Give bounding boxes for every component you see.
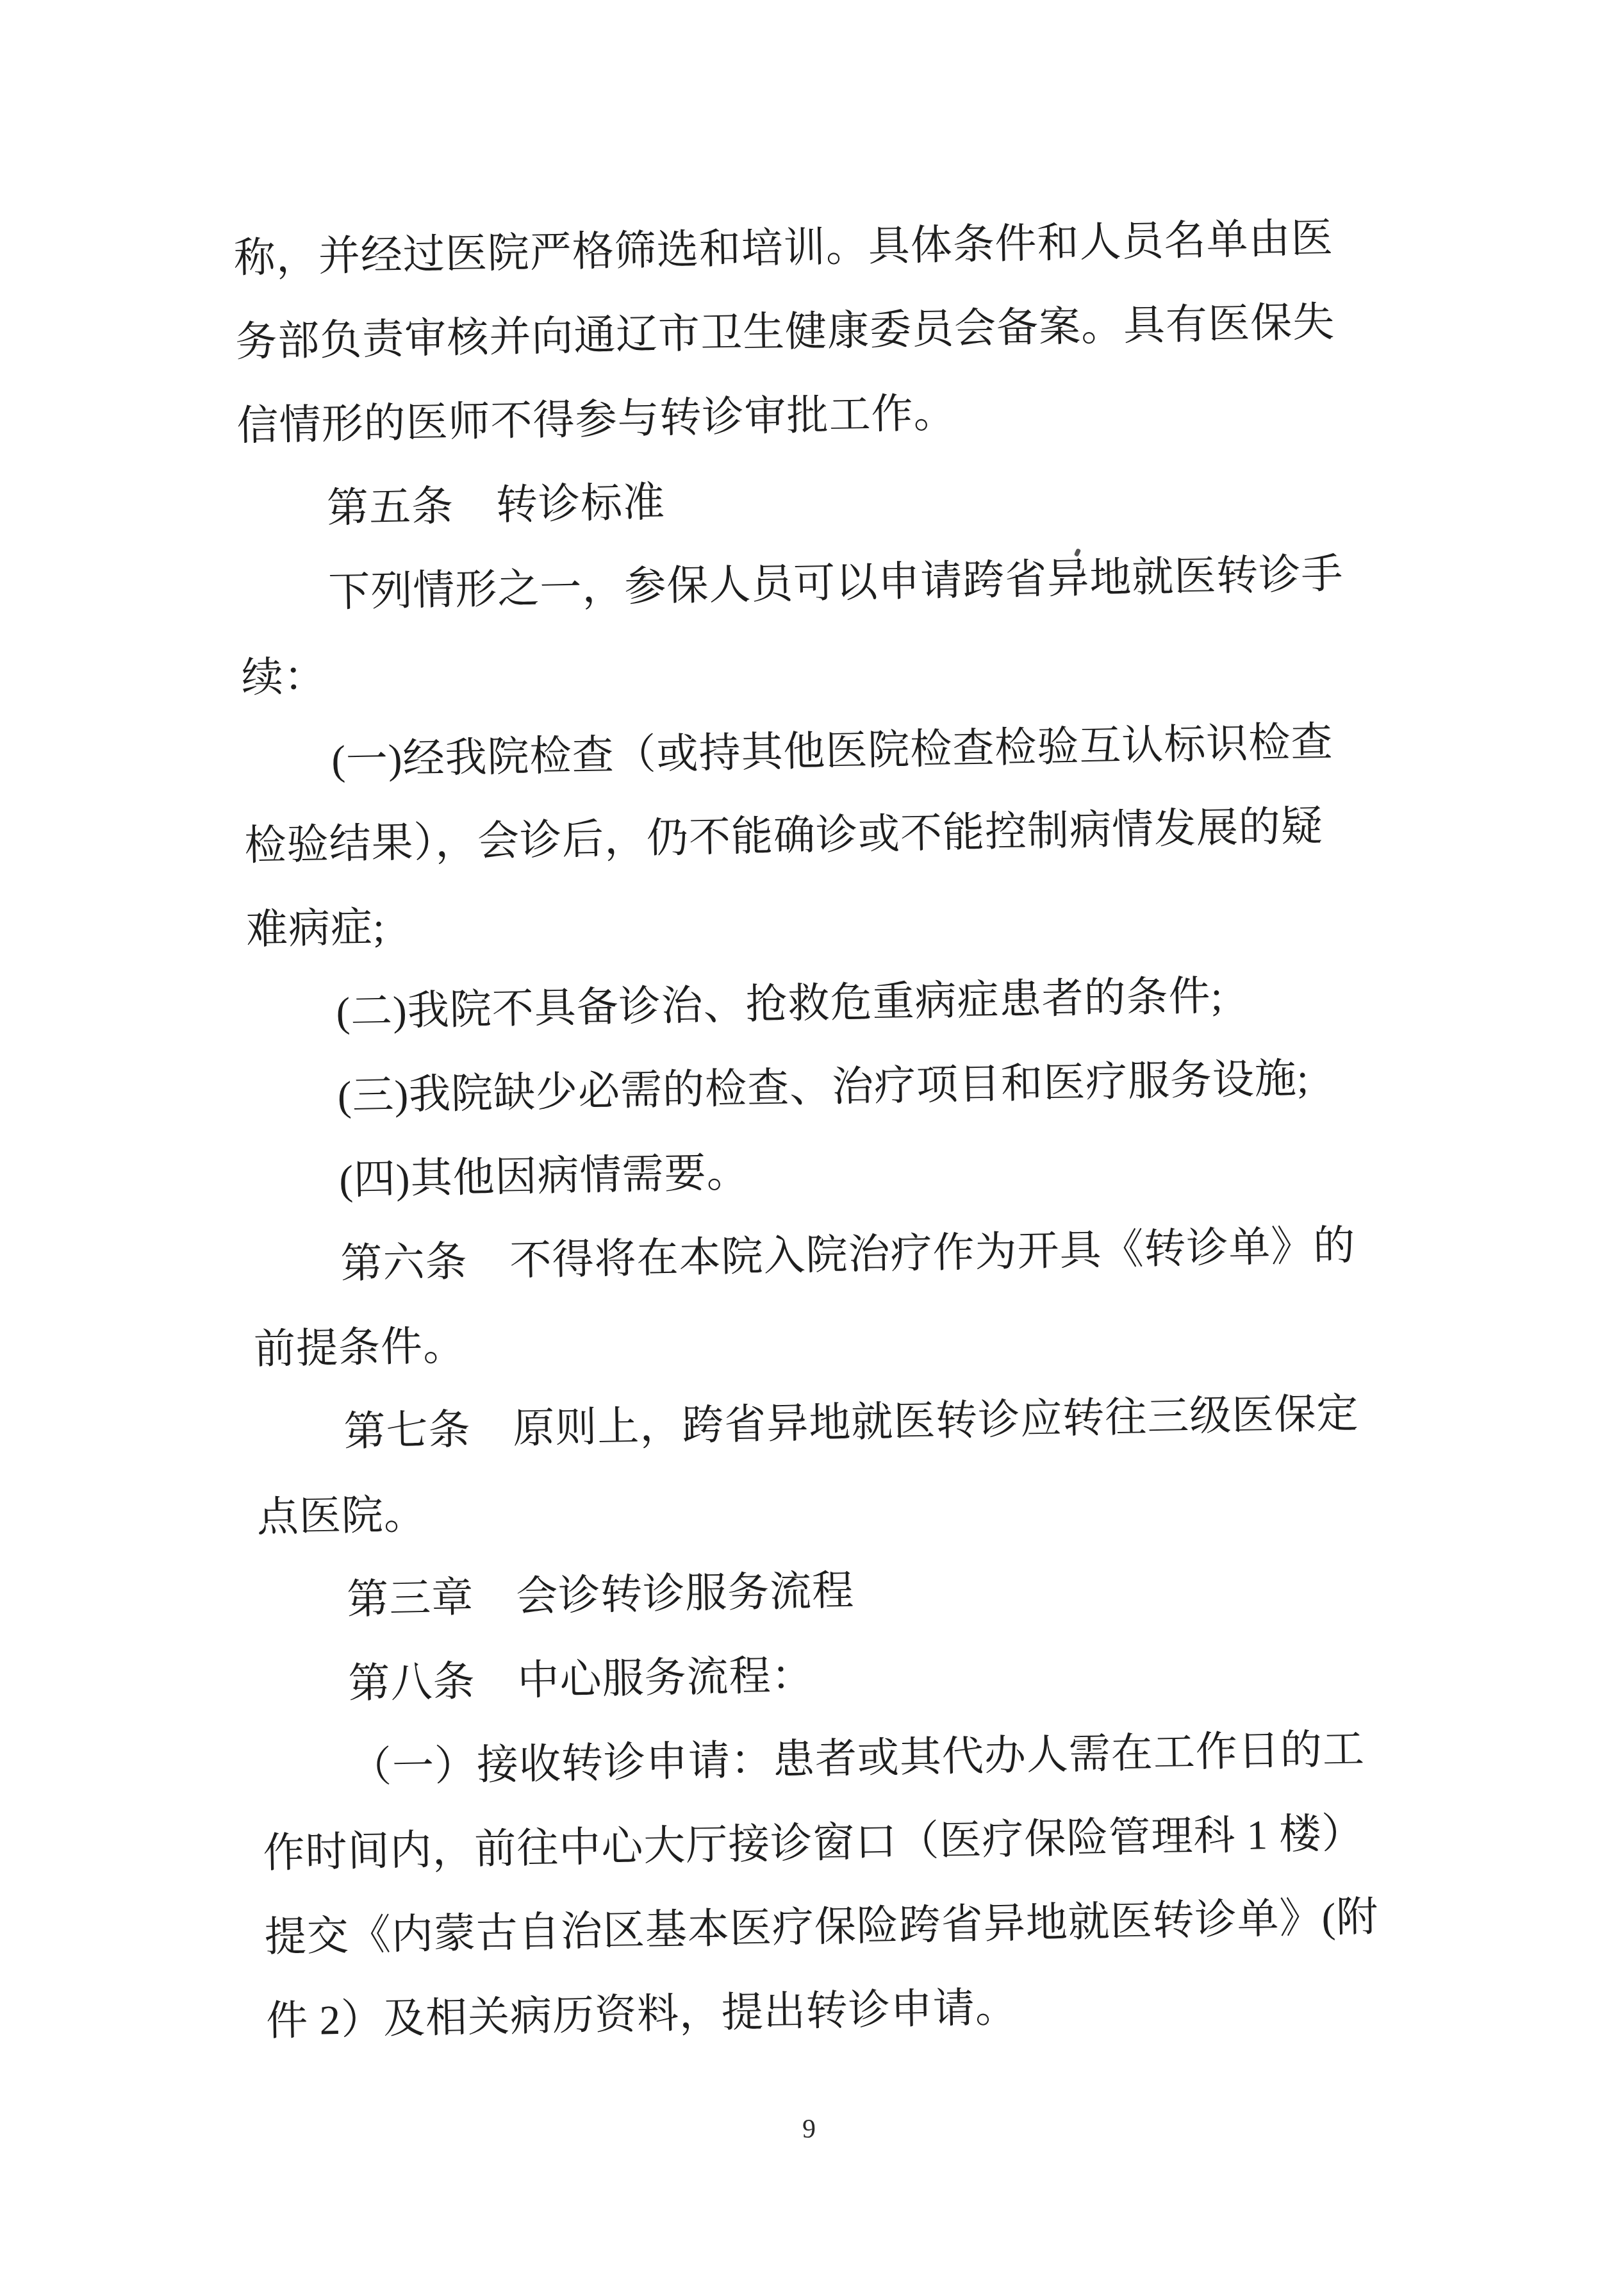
body-text: 称，并经过医院严格筛选和培训。具体条件和人员名单由医务部负责审核并向通辽市卫生健…	[233, 196, 1398, 2064]
document-page: 称，并经过医院严格筛选和培训。具体条件和人员名单由医务部负责审核并向通辽市卫生健…	[0, 0, 1618, 2296]
page-number: 9	[0, 2114, 1618, 2145]
